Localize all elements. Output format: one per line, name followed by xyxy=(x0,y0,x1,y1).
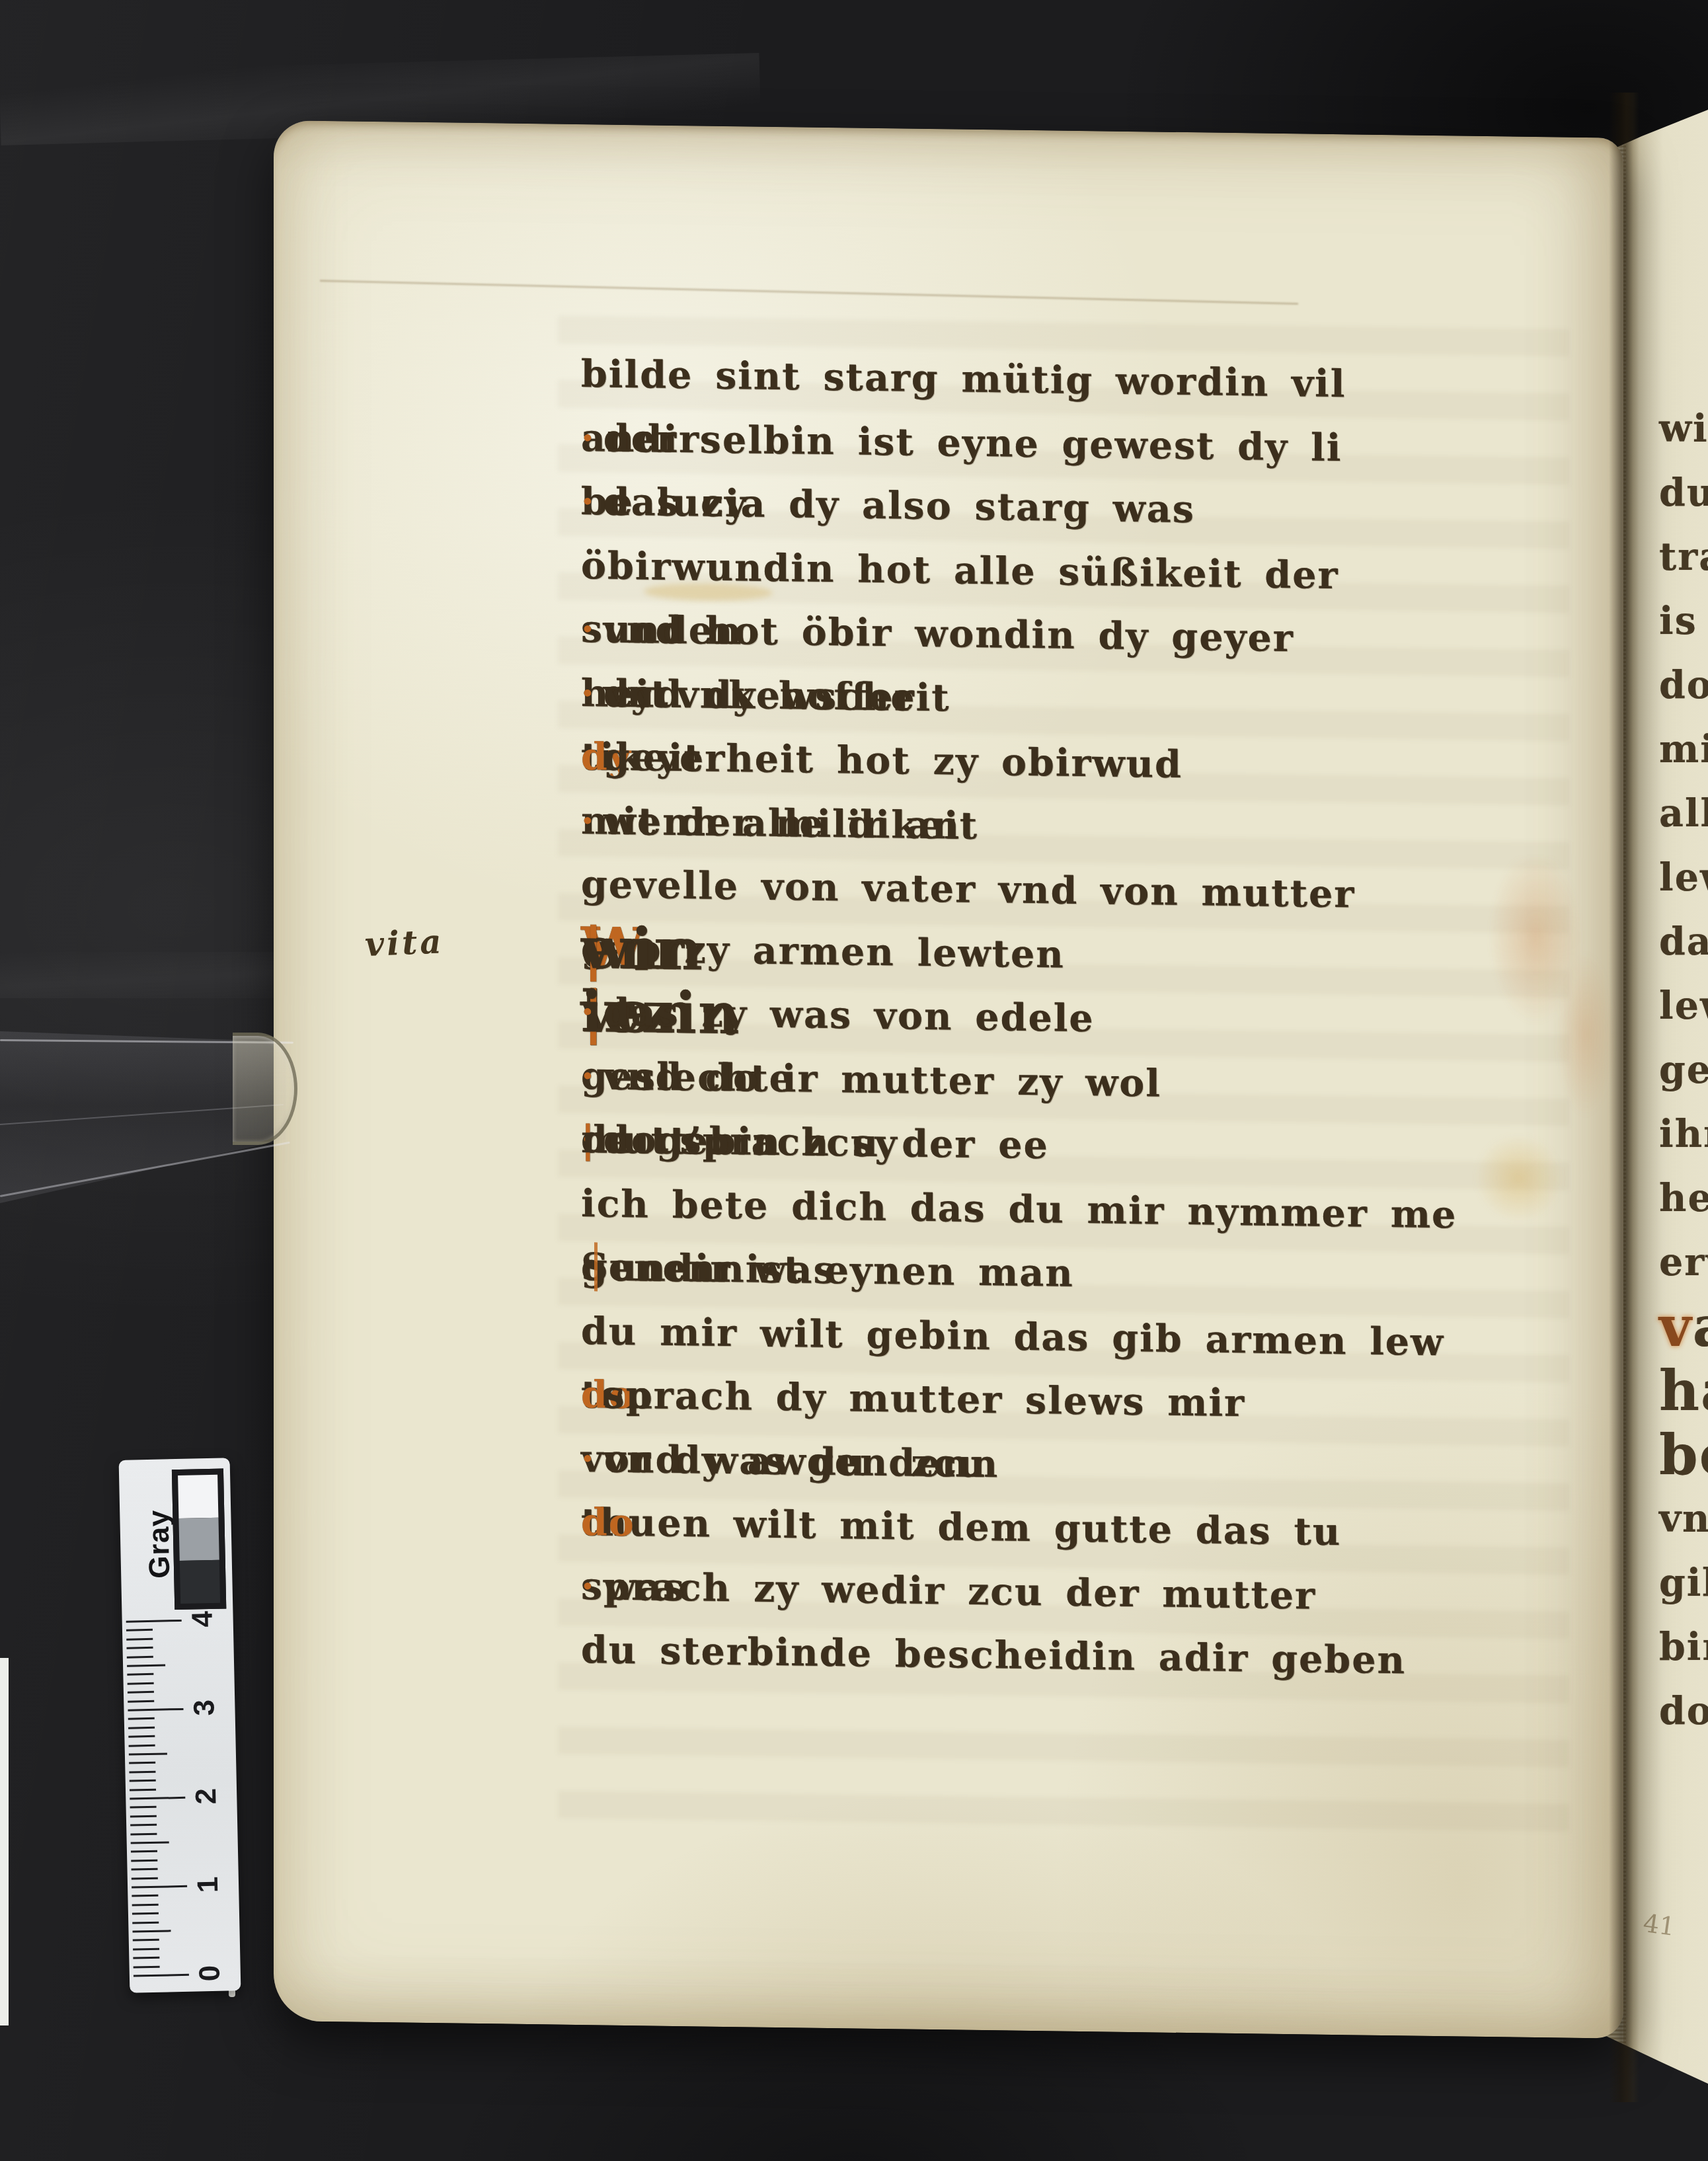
folio-mark: 41 xyxy=(1641,1908,1677,1942)
ruler-number: 1 xyxy=(192,1865,224,1905)
text-segment: sprach zy wedir zcu der mutter xyxy=(581,1555,1316,1628)
ruler-numbers: 43210 xyxy=(119,1458,241,1992)
recto-text-fragment: va xyxy=(1659,1295,1708,1358)
text-segment: der selbin ist eyne gewest dy li xyxy=(581,407,1342,480)
recto-text-fragment: gen xyxy=(1659,1039,1708,1102)
text-segment: bilde sint starg mütig wordin vil xyxy=(581,342,1346,416)
recto-text-fragment: ha xyxy=(1659,1359,1708,1423)
ruler-number: 3 xyxy=(188,1688,221,1728)
rubricated-segment: · xyxy=(581,980,596,1044)
recto-text-fragment: alli xyxy=(1659,782,1708,845)
text-segment: das zy was von edele xyxy=(581,980,1095,1050)
text-segment: thuen wilt mit dem gutte das tu xyxy=(581,1491,1364,1565)
grayscale-ruler-card: Gray Scale 43210 xyxy=(119,1458,241,1992)
recto-text-fragment: vnd xyxy=(1659,1487,1708,1551)
recto-text-fragment: dor xyxy=(1659,1680,1708,1743)
manuscript-page-verso: bilde sint starg mütig wordin vilandir· … xyxy=(274,120,1623,2039)
recto-text-fragment: be xyxy=(1659,1423,1708,1487)
gutter-shadow xyxy=(1609,93,1639,2102)
recto-text-fragment: das xyxy=(1659,910,1708,974)
text-segment: vnd do ir mutter zy wol xyxy=(581,1044,1161,1115)
text-segment: geyerheit hot zy obirwud xyxy=(581,725,1183,797)
background-edge-sliver xyxy=(0,1658,9,2025)
rubricated-segment: S xyxy=(581,1236,609,1300)
text-segment: sprach dy mutter slews mir xyxy=(581,1363,1245,1435)
text-segment: vnd was du denn xyxy=(581,1427,999,1496)
recto-text-fragment: bin d xyxy=(1659,1616,1708,1679)
text-segment: du mir wilt gebin das gib armen lew xyxy=(581,1300,1444,1374)
text-segment: gevelle von vater vnd von mutter xyxy=(581,853,1355,926)
recto-text-fragment: heil xyxy=(1659,1167,1708,1230)
recto-text-fragment: do v xyxy=(1659,654,1708,717)
text-segment: du sterbinde bescheidin adir geben xyxy=(581,1618,1406,1692)
photo-scene: wildu ktragis ddo vmitallilewdaslewgenih… xyxy=(0,0,1708,2161)
text-segment: das zy xyxy=(581,470,748,535)
rubricated-segment: wir xyxy=(581,917,685,982)
text-segment: ich bete dich das du mir nymmer me xyxy=(581,1172,1457,1247)
recto-text-fragment: trag xyxy=(1659,526,1708,589)
recto-text-fragment: mit xyxy=(1659,718,1708,781)
text-segment: was xyxy=(581,1555,685,1620)
ruler-number: 0 xyxy=(194,1953,226,1994)
text-segment: undir was xyxy=(609,1236,835,1302)
recto-text-fragment: is d xyxy=(1659,590,1708,653)
marginal-note: vita xyxy=(364,922,445,964)
recto-text-fragment: gib xyxy=(1659,1552,1708,1615)
text-segment: öbirwundin hot alle süßikeit der xyxy=(581,534,1339,608)
recto-text-fragment: lew xyxy=(1659,974,1708,1038)
text-line: genennist eynen man Sundir was xyxy=(581,1236,609,1300)
recto-text-fragment: wil xyxy=(1659,397,1708,461)
recto-text-fragment: du k xyxy=(1659,461,1708,525)
text-segment: vnd hot öbir wondin dy geyer xyxy=(581,598,1294,670)
text-segment: wenn alle ir an xyxy=(581,789,960,858)
ruler-number: 4 xyxy=(186,1599,219,1639)
parchment-crease xyxy=(320,280,1298,305)
rubricated-segment: do xyxy=(581,1491,635,1555)
recto-text-fragment: erw xyxy=(1659,1231,1708,1294)
recto-text-fragment: ihm xyxy=(1659,1103,1708,1166)
text-segment: mutt’ xyxy=(581,1108,703,1173)
text-segment: vnd dy hoffer xyxy=(581,662,915,730)
text-block: bilde sint starg mütig wordin vilandir· … xyxy=(581,342,1546,1776)
recto-text-fragment: lew xyxy=(1659,846,1708,910)
ruler-number: 2 xyxy=(190,1776,223,1817)
